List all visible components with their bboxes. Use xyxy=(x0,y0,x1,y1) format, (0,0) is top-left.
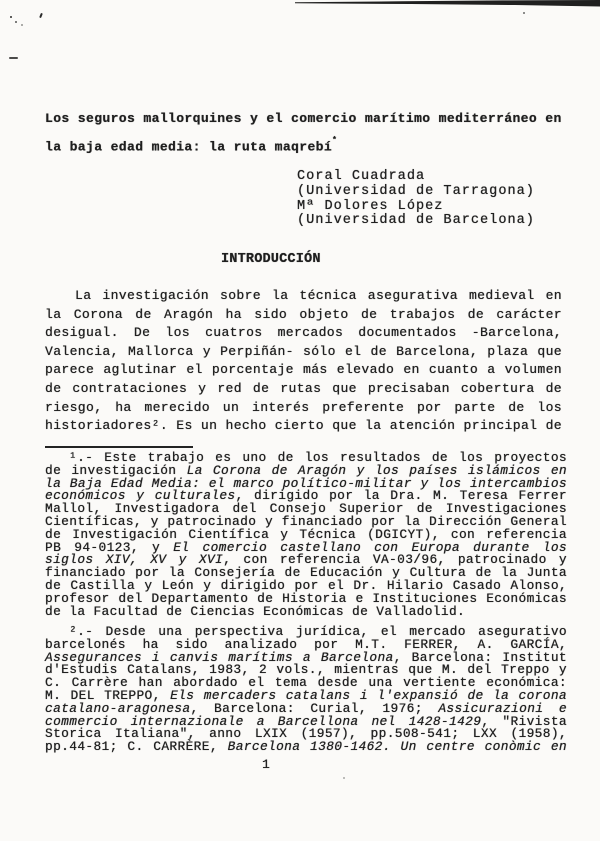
scan-speck xyxy=(523,12,525,14)
body-line: la Corona de Aragón ha sido objeto de tr… xyxy=(45,306,562,325)
body-line: parece aglutinar el porcentaje más eleva… xyxy=(45,361,562,380)
body-line: historiadores². Es un hecho cierto que l… xyxy=(45,417,562,436)
scan-speck xyxy=(39,13,43,18)
scan-edge-artifact xyxy=(295,0,600,7)
footnote-line: de la Facultad de Ciencias Económicas de… xyxy=(45,606,567,619)
body-paragraph: La investigación sobre la técnica asegur… xyxy=(45,287,562,436)
footnote-separator xyxy=(45,446,193,448)
authors-block: Coral Cuadrada (Universidad de Tarragona… xyxy=(297,170,535,229)
footnote-line: pp.44-81; C. CARRÈRE, Barcelona 1380-146… xyxy=(45,741,567,754)
body-line: La investigación sobre la técnica asegur… xyxy=(45,287,562,306)
scan-speck xyxy=(15,21,17,23)
body-line: desigual. De los cuatros mercados docume… xyxy=(45,324,562,343)
article-title: Los seguros mallorquines y el comercio m… xyxy=(45,106,565,159)
body-line: Valencia, Mallorca y Perpiñán- sólo el d… xyxy=(45,343,562,362)
title-line: Los seguros mallorquines y el comercio m… xyxy=(45,106,565,131)
section-heading: INTRODUCCIÓN xyxy=(221,252,321,267)
scan-speck xyxy=(10,16,12,18)
page-number: 1 xyxy=(262,757,270,772)
author-name: Coral Cuadrada xyxy=(297,170,535,185)
scan-speck xyxy=(21,24,23,26)
scanned-document-page: Los seguros mallorquines y el comercio m… xyxy=(0,0,600,841)
footnote-2: ².- Desde una perspectiva jurídica, el m… xyxy=(45,626,567,754)
author-name: Mª Dolores López xyxy=(297,200,535,215)
footnote-1: ¹.- Este trabajo es uno de los resultado… xyxy=(45,452,567,618)
author-affiliation: (Universidad de Barcelona) xyxy=(297,214,535,229)
author-affiliation: (Universidad de Tarragona) xyxy=(297,185,535,200)
body-line: riesgo, ha merecido un interés preferent… xyxy=(45,399,562,418)
title-line: la baja edad media: la ruta maqrebí* xyxy=(45,131,565,159)
scan-speck xyxy=(343,777,345,779)
body-line: de contrataciones y red de rutas que pre… xyxy=(45,380,562,399)
scan-speck xyxy=(9,57,18,59)
